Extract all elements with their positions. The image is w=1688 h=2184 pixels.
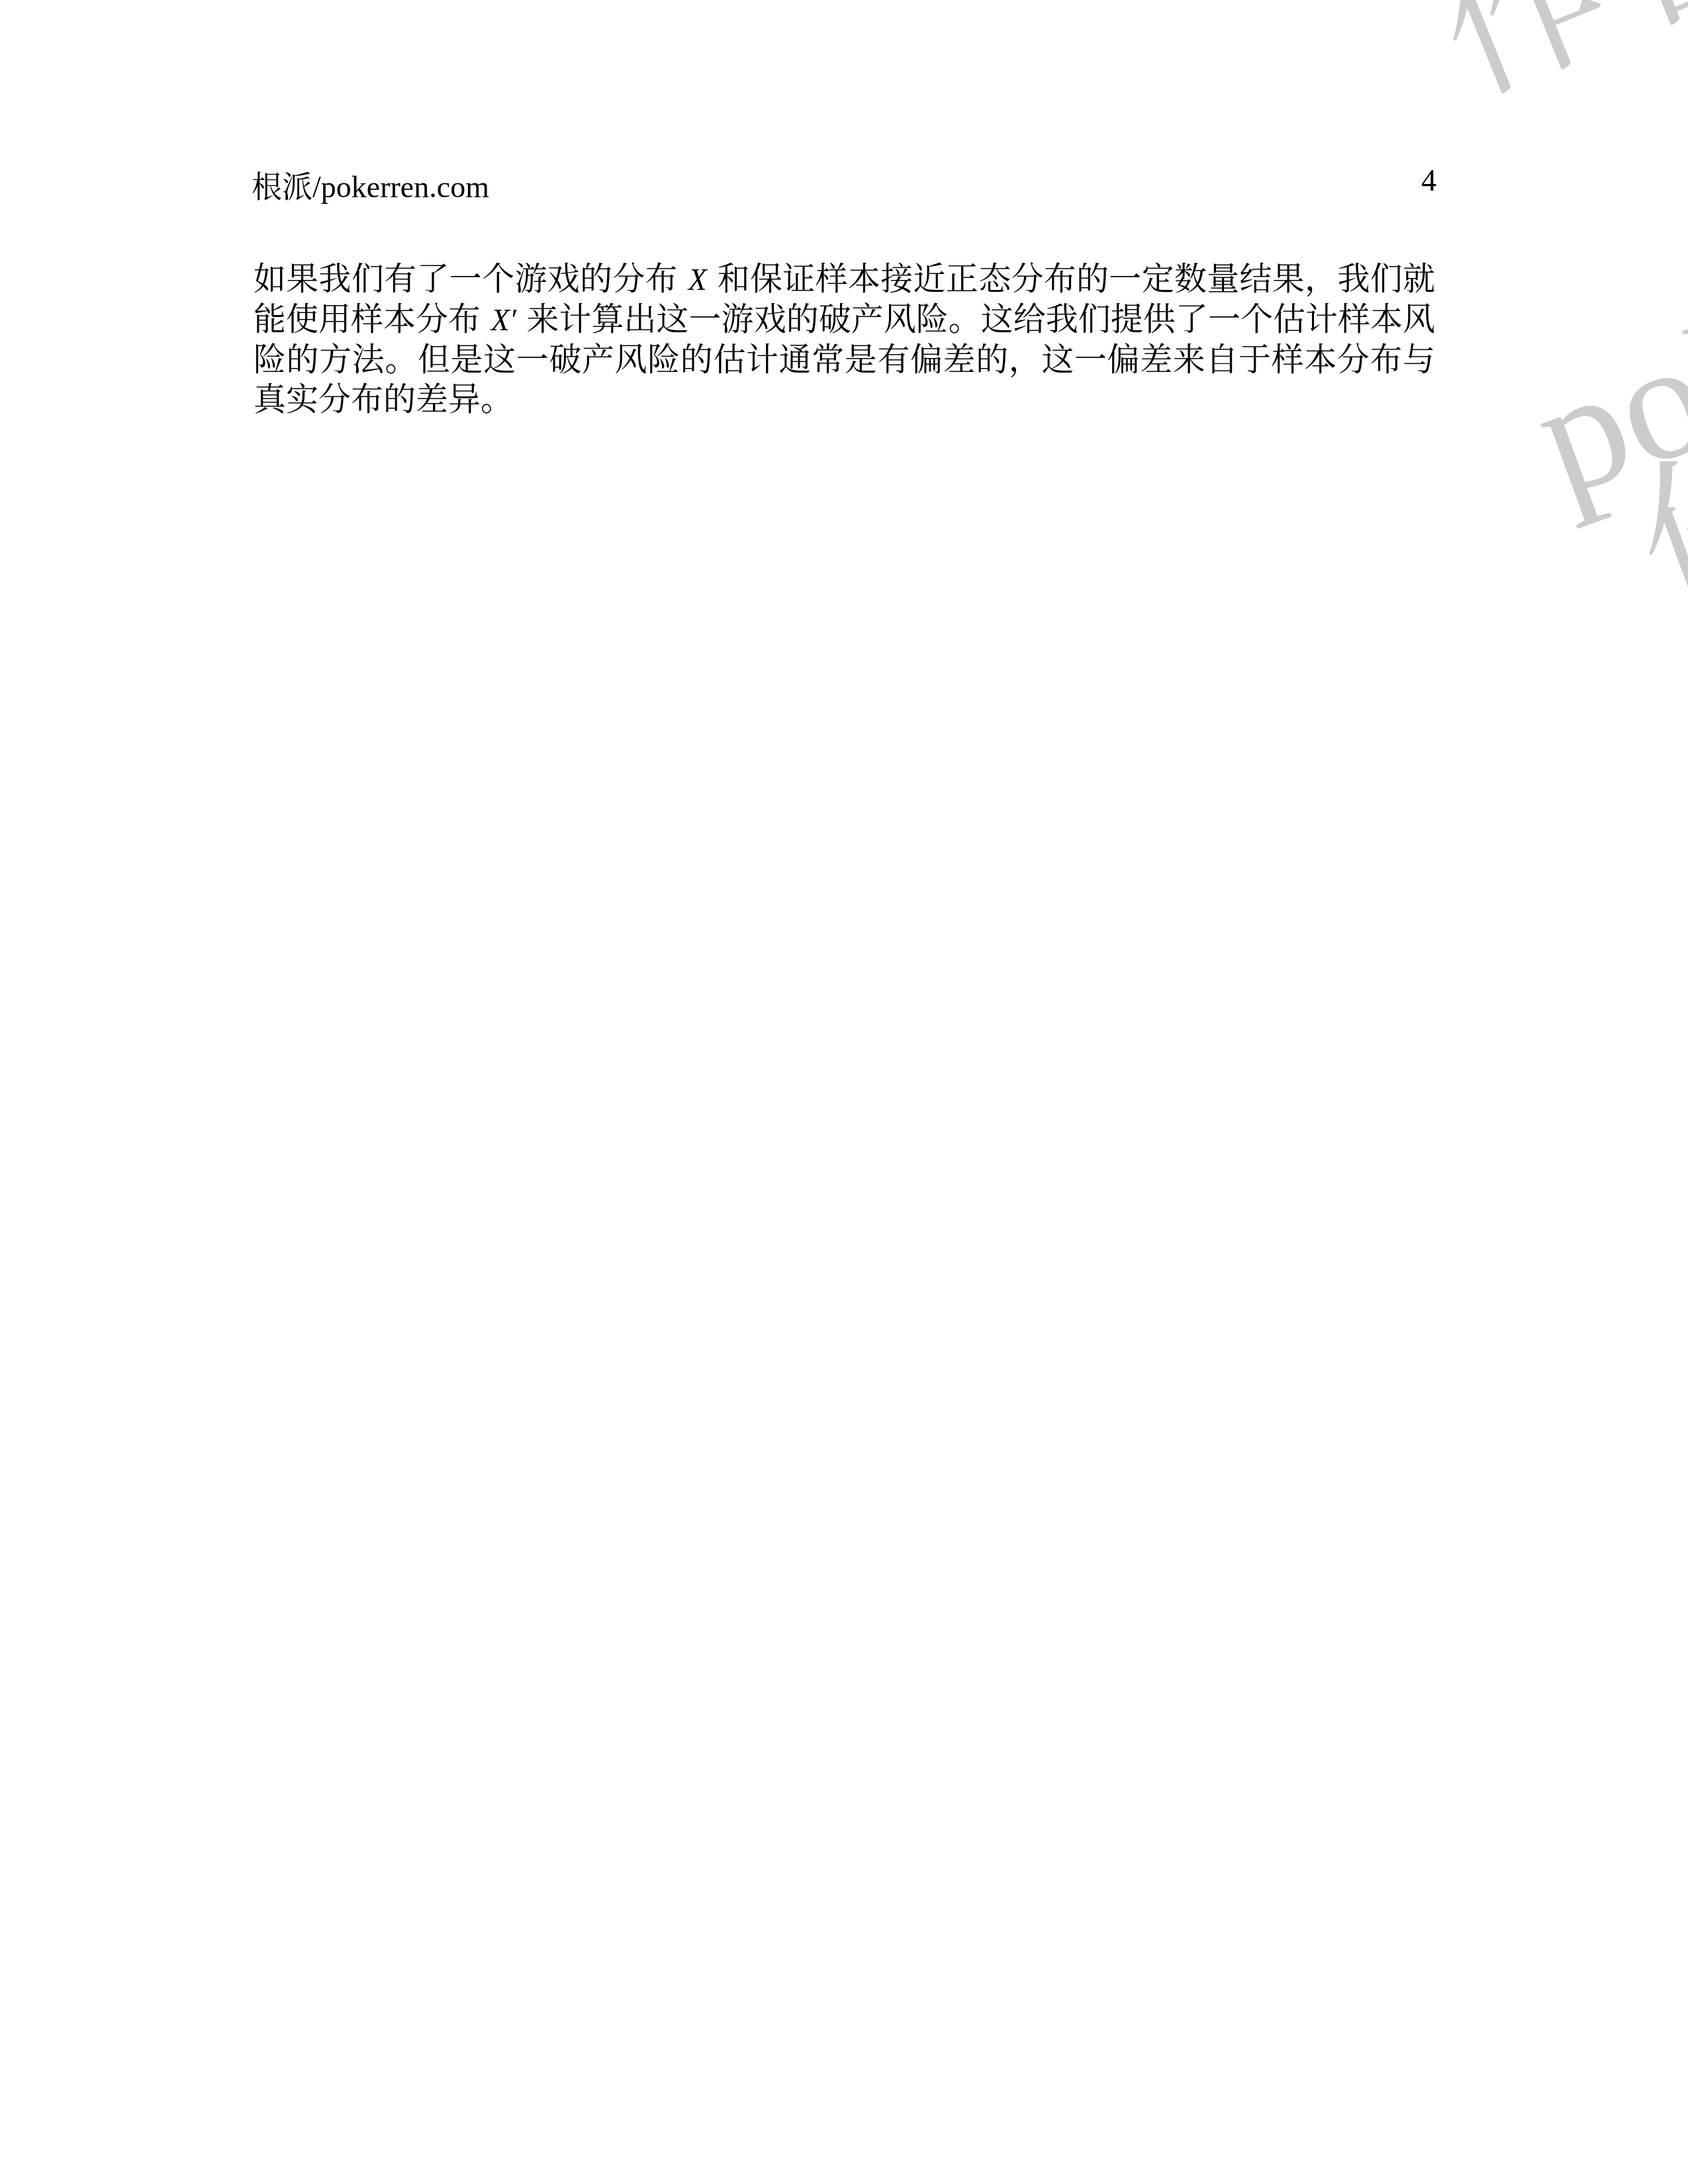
math-variable-x-prime: X′: [491, 303, 516, 337]
document-page: 根派/pokerren.com 4 如果我们有了一个游戏的分布 X 和保证样本接…: [0, 0, 1688, 2184]
watermark-upper-author: 作者:: [1417, 0, 1688, 117]
watermark-lower-latin: pok: [1516, 283, 1688, 523]
page-number: 4: [1421, 163, 1436, 198]
watermark-lower-author: 作: [1615, 420, 1688, 631]
header-site-title: 根派/pokerren.com: [252, 163, 489, 206]
math-variable-x: X: [688, 263, 707, 296]
body-paragraph: 如果我们有了一个游戏的分布 X 和保证样本接近正态分布的一定数量结果，我们就能使…: [254, 259, 1435, 420]
paragraph-text-1: 如果我们有了一个游戏的分布: [254, 260, 688, 298]
running-header: 根派/pokerren.com 4: [252, 163, 1436, 203]
